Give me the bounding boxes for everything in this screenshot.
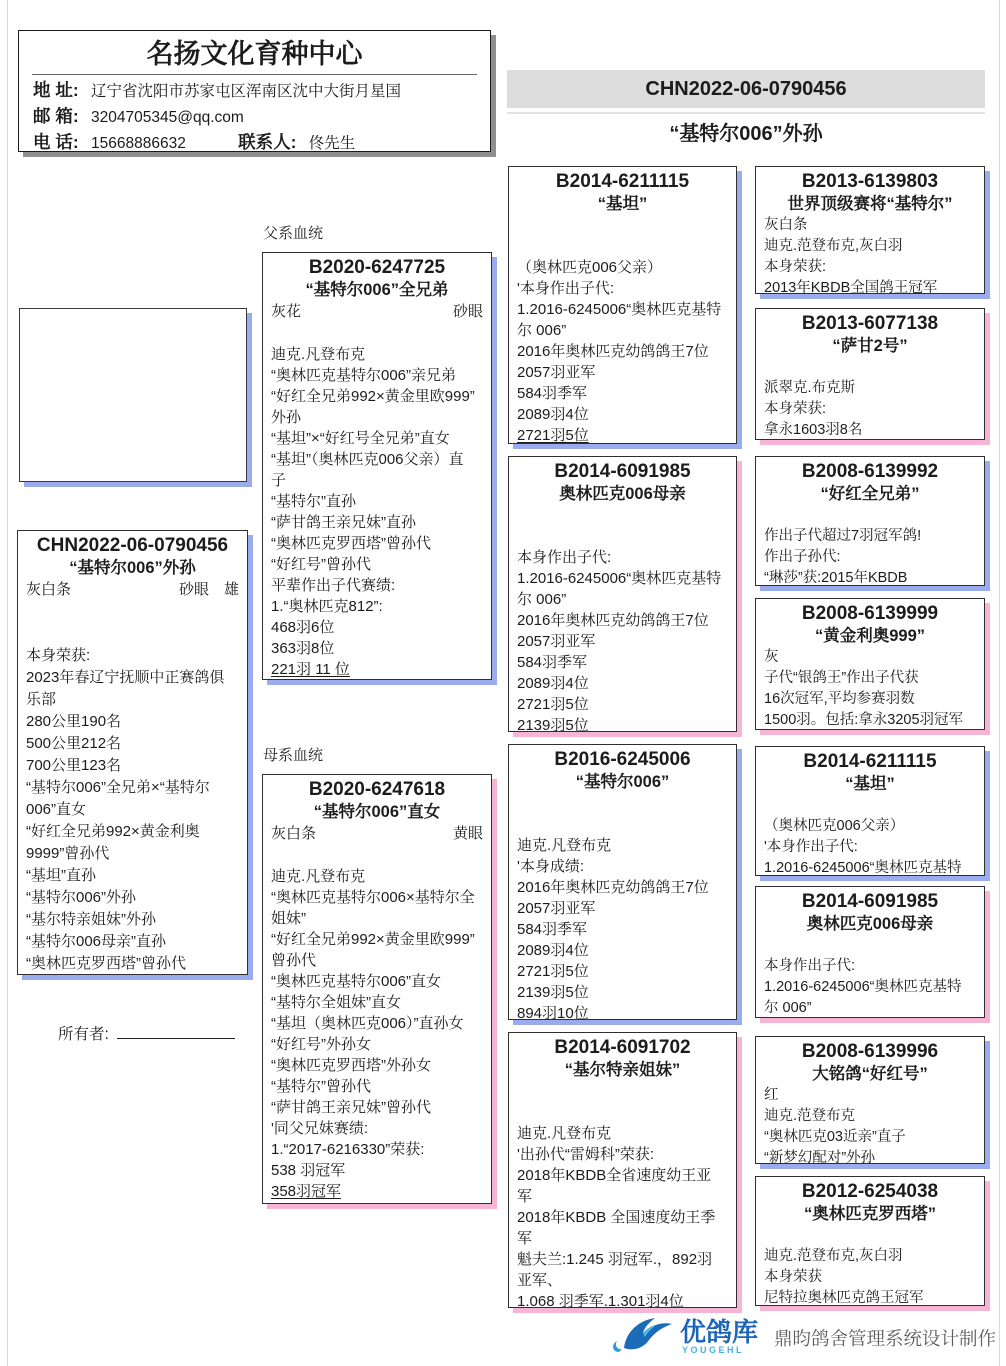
page-right-edge-line: [999, 0, 1000, 1366]
main-bird-box: CHN2022-06-0790456 “基特尔006”外孙 灰白条 砂眼 雄 本…: [17, 530, 248, 975]
owner-label: 所有者:: [58, 1026, 109, 1043]
grandmother-maternal-box: B2014-6091702 “基尔特亲姐妹” 迪克.凡登布克 '出孙代“雷姆科”…: [508, 1032, 737, 1308]
father-box: B2020-6247725 “基特尔006”全兄弟 灰花 砂眼 迪克.凡登布克 …: [262, 252, 492, 680]
ggp1-ring: B2013-6139803: [764, 170, 976, 193]
ggp1-details: 灰白条 迪克.范登布克,灰白羽 本身荣获: 2013年KBDB全国鸽王冠军: [764, 215, 976, 294]
header-divider: [32, 74, 477, 75]
father-details: 迪克.凡登布克 “奥林匹克基特尔006”亲兄弟 “好红全兄弟992×黄金里欧99…: [271, 323, 483, 659]
ggp3-details: 作出子代超过7羽冠军鸽! 作出子孙代: “琳莎”获:2015年KBDB: [764, 505, 976, 586]
ggp8-name: “奥林匹克罗西塔”: [764, 1203, 976, 1225]
ggp4-details: 灰 子代“银鸽王”作出子代获 16次冠军,平均参赛羽数 1500羽。包括:拿永3…: [764, 647, 976, 730]
ggp4-ring: B2008-6139999: [764, 602, 976, 625]
father-name: “基特尔006”全兄弟: [271, 279, 483, 301]
mother-ring: B2020-6247618: [271, 778, 483, 801]
grandfather-maternal-box: B2016-6245006 “基特尔006” 迪克.凡登布克 '本身成绩: 20…: [508, 744, 737, 1020]
email-row: 邮 箱: 3204705345@qq.com: [33, 104, 476, 130]
photo-placeholder: [19, 308, 247, 482]
main-bird-ring: CHN2022-06-0790456: [26, 534, 239, 557]
gp2-details: 本身作出子代: 1.2016-6245006“奥林匹克基特 尔 006” 201…: [517, 505, 728, 715]
great-grandparent-box-7: B2008-6139996 大铭鸽“好红号” 红 迪克.范登布克 “奥林匹克03…: [755, 1036, 985, 1164]
phone-row: 电 话: 15668886632 联系人: 佟先生: [33, 130, 476, 156]
footer-logo-row: 优鸽库 YOUGEHL 鼎昀鸽舍管理系统设计制作: [610, 1312, 996, 1363]
paternal-line-label: 父系血统: [263, 222, 323, 243]
gp4-ring: B2014-6091702: [517, 1036, 728, 1059]
ggp7-name: 大铭鸽“好红号”: [764, 1063, 976, 1085]
mother-color: 灰白条: [271, 823, 316, 845]
bird-name-banner: “基特尔006”外孙: [507, 119, 985, 149]
gp2-name: 奥林匹克006母亲: [517, 483, 728, 505]
mother-traits: 灰白条 黄眼: [271, 823, 483, 845]
gp1-ring: B2014-6211115: [517, 170, 728, 193]
gp3-ring: B2016-6245006: [517, 748, 728, 771]
ggp8-ring: B2012-6254038: [764, 1180, 976, 1203]
main-bird-color: 灰白条: [26, 579, 71, 601]
ggp6-ring: B2014-6091985: [764, 890, 976, 913]
footer-credit-text: 鼎昀鸽舍管理系统设计制作: [774, 1325, 996, 1351]
ggp5-details: （奥林匹克006父亲） '本身作出子代: 1.2016-6245006“奥林匹克…: [764, 795, 976, 876]
gp3-last-line: 894羽10位: [517, 1003, 728, 1020]
ring-number-banner: CHN2022-06-0790456: [507, 70, 985, 108]
gp2-ring: B2014-6091985: [517, 460, 728, 483]
gp1-details: （奥林匹克006父亲） '本身作出子代: 1.2016-6245006“奥林匹克…: [517, 215, 728, 425]
ggp2-name: “萨甘2号”: [764, 335, 976, 357]
main-bird-eye-sex: 砂眼 雄: [179, 579, 239, 601]
page-left-edge-line: [7, 0, 8, 1366]
ggp8-details: 迪克.范登布克,灰白羽 本身荣获 尼特拉奥林匹克鸽王冠军: [764, 1225, 976, 1306]
ggp3-ring: B2008-6139992: [764, 460, 976, 483]
company-title: 名扬文化育种中心: [19, 34, 490, 74]
ggp2-ring: B2013-6077138: [764, 312, 976, 335]
ggp3-name: “好红全兄弟”: [764, 483, 976, 505]
ggp7-ring: B2008-6139996: [764, 1040, 976, 1063]
email-value: 3204705345@qq.com: [91, 109, 244, 126]
gp4-name: “基尔特亲姐妹”: [517, 1059, 728, 1081]
main-bird-traits: 灰白条 砂眼 雄: [26, 579, 239, 601]
phone-value: 15668886632: [91, 135, 186, 152]
father-ring: B2020-6247725: [271, 256, 483, 279]
gp3-name: “基特尔006”: [517, 771, 728, 793]
company-contact-rows: 地 址: 辽宁省沈阳市苏家屯区浑南区沈中大街月星国 邮 箱: 320470534…: [19, 78, 490, 156]
ggp2-details: 派翠克.布克斯 本身荣获: 拿永1603羽8名: [764, 357, 976, 440]
banner-divider: [507, 112, 985, 114]
bird-swoosh-icon: [610, 1312, 674, 1363]
grandmother-paternal-box: B2014-6091985 奥林匹克006母亲 本身作出子代: 1.2016-6…: [508, 456, 737, 732]
father-color: 灰花: [271, 301, 301, 323]
main-bird-details: 本身荣获: 2023年春辽宁抚顺中正赛鸽俱 乐部 280公里190名 500公里…: [26, 601, 239, 975]
mother-last-line: 358羽冠军: [271, 1181, 483, 1202]
logo-text: 优鸽库: [680, 1319, 758, 1345]
owner-row: 所有者:: [58, 1022, 235, 1044]
contact-label: 联系人:: [238, 132, 296, 152]
father-traits: 灰花 砂眼: [271, 301, 483, 323]
ggp5-ring: B2014-6211115: [764, 750, 976, 773]
address-value: 辽宁省沈阳市苏家屯区浑南区沈中大街月星国: [91, 83, 401, 100]
great-grandparent-box-5: B2014-6211115 “基坦” （奥林匹克006父亲） '本身作出子代: …: [755, 746, 985, 876]
great-grandparent-box-1: B2013-6139803 世界顶级赛将“基特尔” 灰白条 迪克.范登布克,灰白…: [755, 166, 985, 294]
great-grandparent-box-2: B2013-6077138 “萨甘2号” 派翠克.布克斯 本身荣获: 拿永160…: [755, 308, 985, 440]
gp2-last-line: 2139羽5位: [517, 715, 728, 732]
gp4-last-line: 1.068 羽季军.1.301羽4位: [517, 1291, 728, 1308]
mother-name: “基特尔006”直女: [271, 801, 483, 823]
great-grandparent-box-3: B2008-6139992 “好红全兄弟” 作出子代超过7羽冠军鸽! 作出子孙代…: [755, 456, 985, 586]
mother-details: 迪克.凡登布克 “奥林匹克基特尔006×基特尔全 姐妹” “好红全兄弟992×黄…: [271, 845, 483, 1181]
company-header-box: 名扬文化育种中心 地 址: 辽宁省沈阳市苏家屯区浑南区沈中大街月星国 邮 箱: …: [18, 30, 491, 152]
gp1-name: “基坦”: [517, 193, 728, 215]
email-label: 邮 箱:: [33, 106, 79, 126]
phone-label: 电 话:: [33, 132, 79, 152]
mother-box: B2020-6247618 “基特尔006”直女 灰白条 黄眼 迪克.凡登布克 …: [262, 774, 492, 1204]
ggp6-details: 本身作出子代: 1.2016-6245006“奥林匹克基特 尔 006”: [764, 935, 976, 1018]
mother-eye: 黄眼: [453, 823, 483, 845]
ggp4-name: “黄金利奥999”: [764, 625, 976, 647]
grandfather-paternal-box: B2014-6211115 “基坦” （奥林匹克006父亲） '本身作出子代: …: [508, 166, 737, 444]
father-eye: 砂眼: [453, 301, 483, 323]
gp1-last-line: 2721羽5位: [517, 425, 728, 444]
father-last-line: 221羽 11 位: [271, 659, 483, 680]
address-label: 地 址:: [33, 80, 79, 100]
owner-signature-line: [117, 1025, 235, 1039]
contact-value: 佟先生: [309, 135, 356, 152]
ggp7-details: 红 迪克.范登布克 “奥林匹克03近亲”直子 “新梦幻配对”外孙: [764, 1085, 976, 1164]
address-row: 地 址: 辽宁省沈阳市苏家屯区浑南区沈中大街月星国: [33, 78, 476, 104]
maternal-line-label: 母系血统: [263, 744, 323, 765]
ggp1-name: 世界顶级赛将“基特尔”: [764, 193, 976, 215]
great-grandparent-box-6: B2014-6091985 奥林匹克006母亲 本身作出子代: 1.2016-6…: [755, 886, 985, 1018]
pedigree-certificate-page: 名扬文化育种中心 地 址: 辽宁省沈阳市苏家屯区浑南区沈中大街月星国 邮 箱: …: [0, 0, 1006, 1366]
great-grandparent-box-4: B2008-6139999 “黄金利奥999” 灰 子代“银鸽王”作出子代获 1…: [755, 598, 985, 730]
gp3-details: 迪克.凡登布克 '本身成绩: 2016年奥林匹克幼鸽鸽王7位 2057羽亚军 5…: [517, 793, 728, 1003]
gp4-details: 迪克.凡登布克 '出孙代“雷姆科”荣获: 2018年KBDB全省速度幼王亚 军 …: [517, 1081, 728, 1291]
main-bird-name: “基特尔006”外孙: [26, 557, 239, 579]
ggp5-name: “基坦”: [764, 773, 976, 795]
ggp6-name: 奥林匹克006母亲: [764, 913, 976, 935]
great-grandparent-box-8: B2012-6254038 “奥林匹克罗西塔” 迪克.范登布克,灰白羽 本身荣获…: [755, 1176, 985, 1306]
